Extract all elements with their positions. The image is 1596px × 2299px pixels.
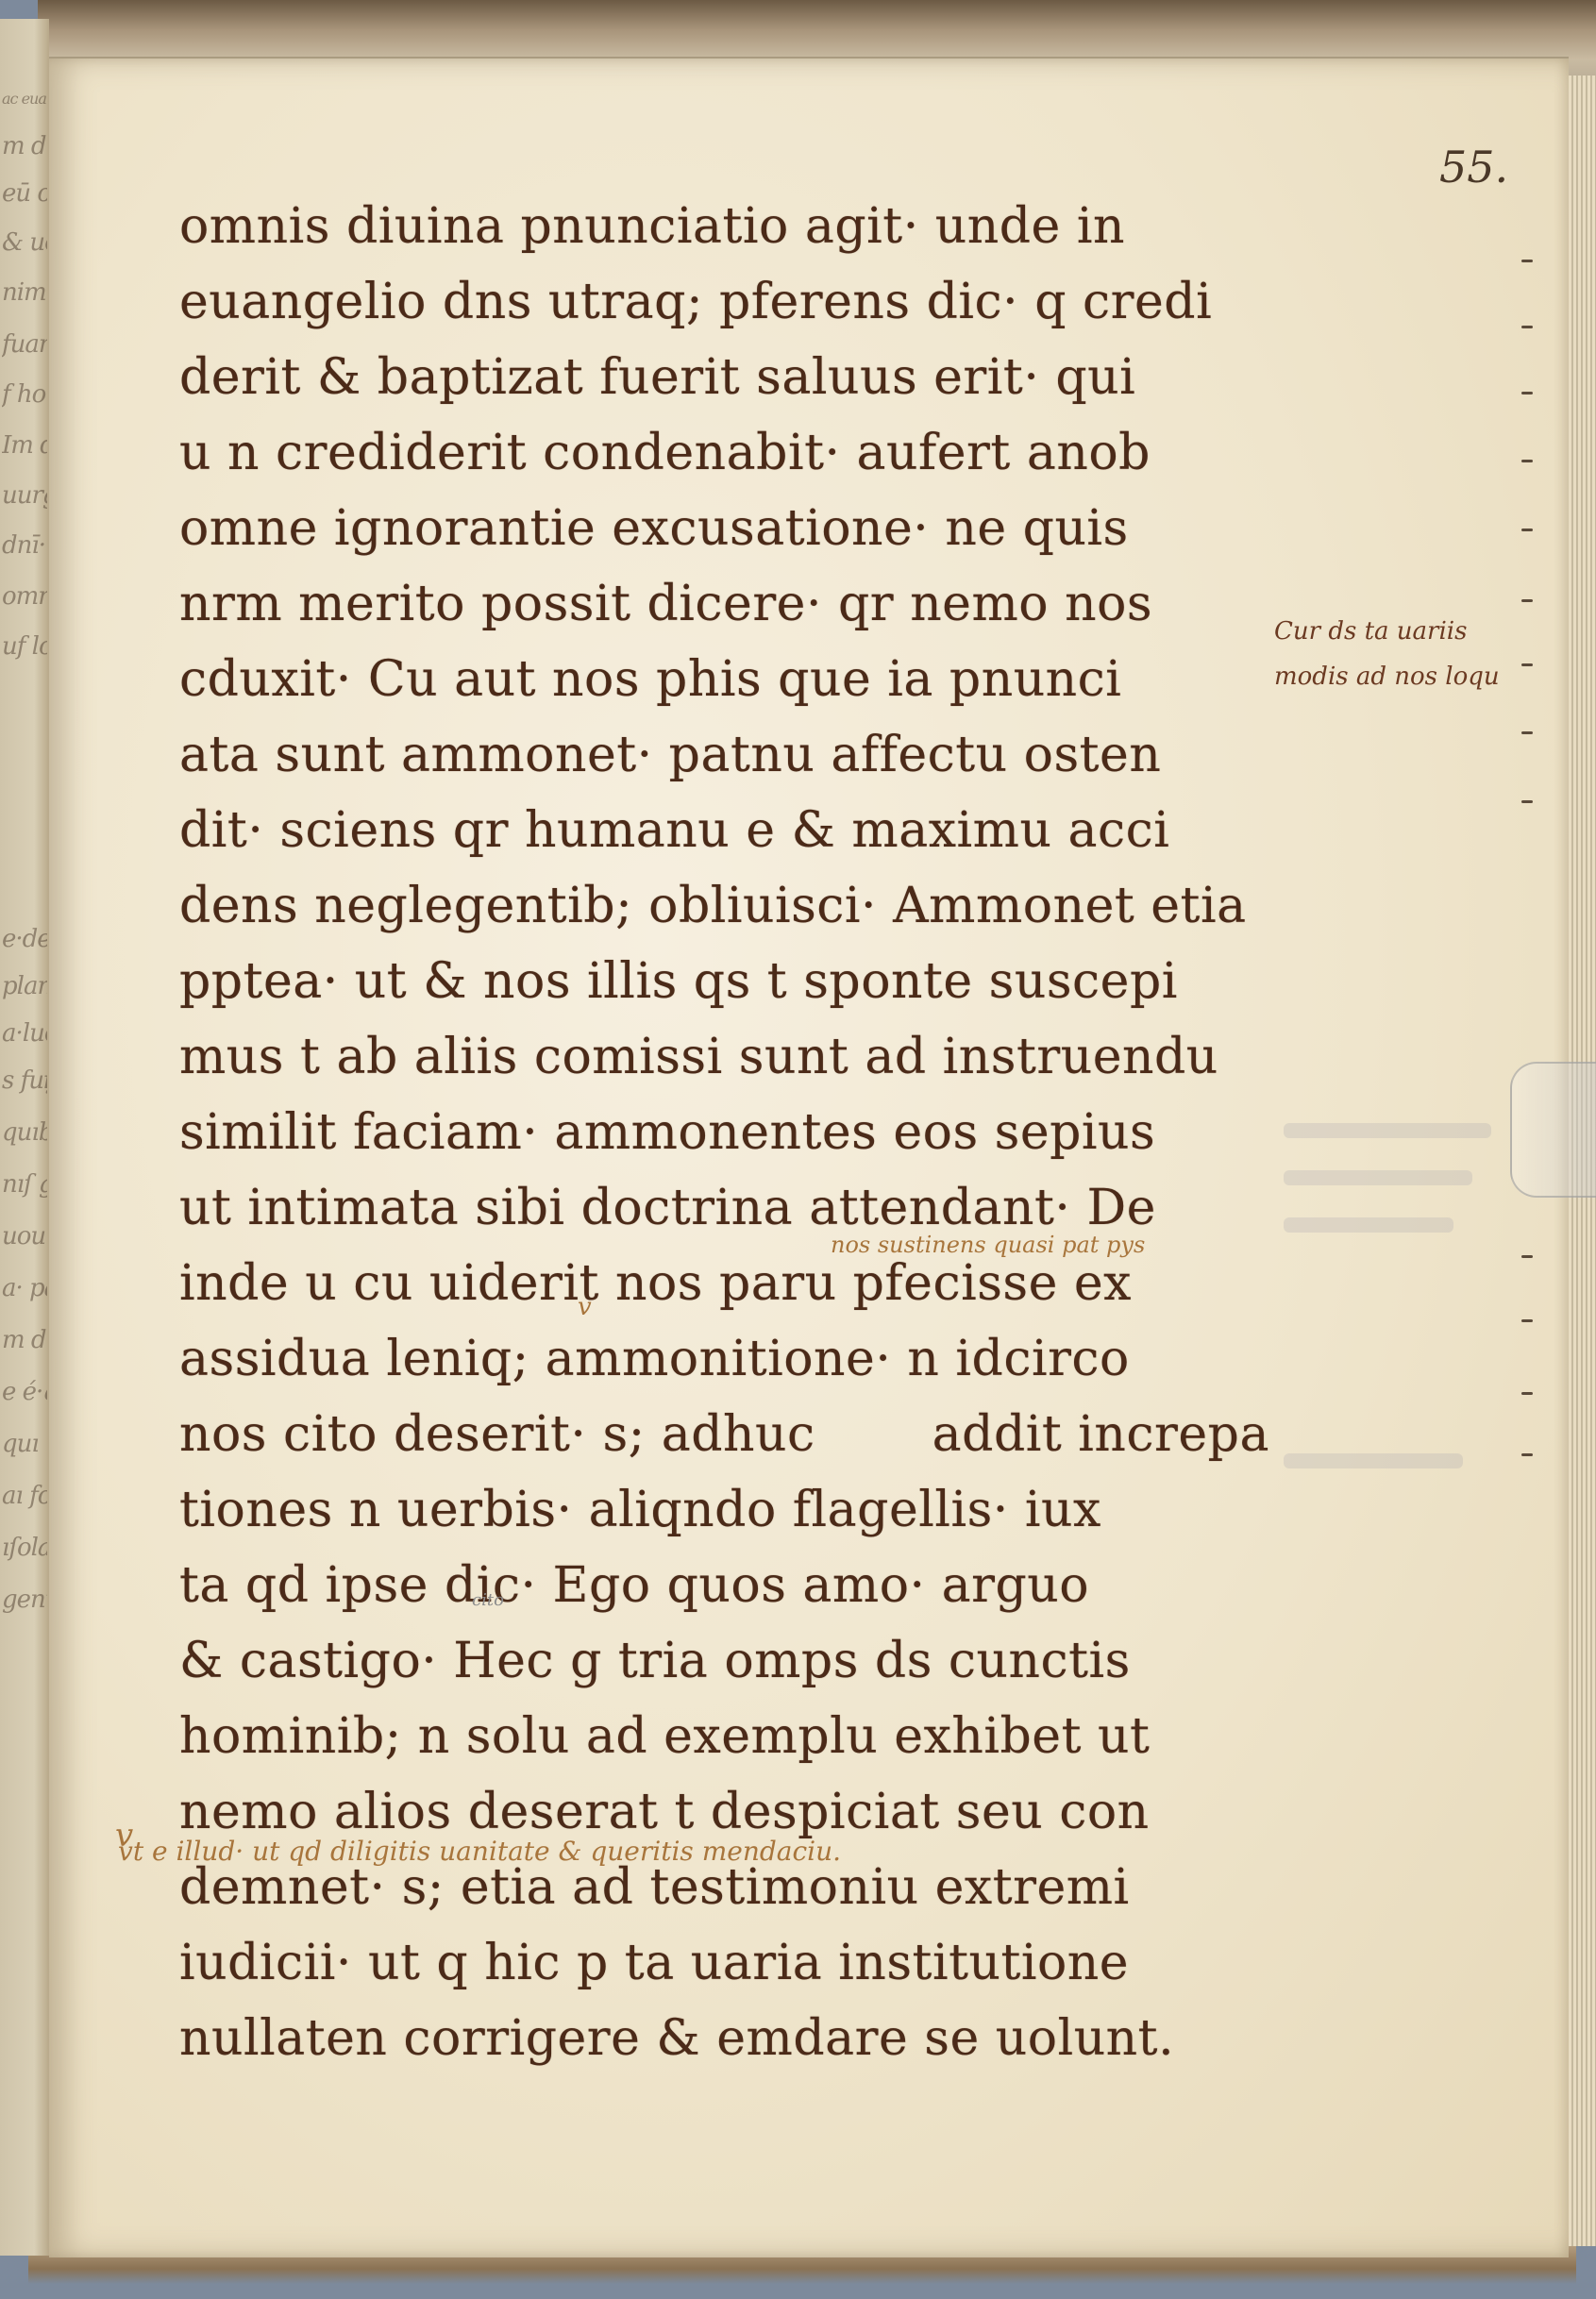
pricking-mark xyxy=(1521,326,1533,328)
folio-number: 55. xyxy=(1439,142,1508,193)
pricking-mark xyxy=(1521,260,1533,262)
show-through-text xyxy=(1284,1170,1472,1185)
text-line-continuation: addit increpa xyxy=(932,1406,1269,1463)
facing-fragment: f hom xyxy=(2,380,47,409)
facing-fragment: uurgu xyxy=(2,481,47,510)
show-through-text xyxy=(1284,1217,1453,1233)
pricking-mark xyxy=(1521,529,1533,531)
facing-fragment: uouı xyxy=(2,1222,47,1250)
facing-fragment: e é·q xyxy=(2,1378,47,1406)
margin-gloss-line: Cur ds ta uariis xyxy=(1274,609,1500,654)
pricking-mark xyxy=(1521,663,1533,666)
facing-fragment: s fuij xyxy=(2,1066,47,1095)
pricking-mark xyxy=(1521,731,1533,734)
text-line: dens neglegentib; obliuisci· Ammonet eti… xyxy=(179,868,1255,944)
facing-fragment: eū omī xyxy=(2,179,47,208)
interlinear-gloss: nos sustinens quasi pat pys xyxy=(831,1232,1145,1258)
text-line: ta qd ipse dic· Ego quos amo· arguo xyxy=(179,1548,1255,1623)
facing-fragment: omnı xyxy=(2,582,47,611)
facing-fragment: nim qu xyxy=(2,278,47,307)
facing-fragment: quı xyxy=(2,1430,47,1458)
pricking-mark xyxy=(1521,1255,1533,1258)
facing-fragment: Im dō xyxy=(2,431,47,460)
pricking-mark xyxy=(1521,1453,1533,1456)
text-line: pptea· ut & nos illis qs t sponte suscep… xyxy=(179,944,1255,1019)
facing-fragment: m dnī lo xyxy=(2,132,47,160)
facing-fragment: ıſola xyxy=(2,1534,47,1562)
facing-fragment: a·luc xyxy=(2,1019,47,1048)
text-line: assidua leniq; ammonitione· n idcirco xyxy=(179,1321,1255,1397)
main-text-block: omnis diuina pnunciatio agit· unde in eu… xyxy=(179,189,1255,2076)
facing-fragment: & uerū xyxy=(2,228,47,257)
text-line: ata sunt ammonet· patnu affectu osten xyxy=(179,717,1255,793)
facing-fragment: fuam xyxy=(2,330,47,359)
facing-page-strip: ac euang tri m dnī lo eū omī & uerū nim … xyxy=(0,19,49,2256)
facing-fragment: e·dei xyxy=(2,925,47,953)
show-through-text xyxy=(1284,1123,1491,1138)
text-line: dit· sciens qr humanu e & maximu acci xyxy=(179,793,1255,868)
pricking-mark xyxy=(1521,1319,1533,1322)
footnote-gloss: vt e illud· ut qd diligitis uanitate & q… xyxy=(118,1836,841,1867)
facing-fragment: plan xyxy=(2,972,47,1000)
text-line: tiones n uerbis· aliqndo flagellis· iux xyxy=(179,1472,1255,1548)
facing-fragment: aı for xyxy=(2,1482,47,1510)
text-line: nrm merito possit dicere· qr nemo nos xyxy=(179,566,1255,642)
text-line: euangelio dns utraq; pferens dic· q cred… xyxy=(179,264,1255,340)
glass-page-clip xyxy=(1510,1062,1596,1198)
text-line: nullaten corrigere & emdare se uolunt. xyxy=(179,2001,1255,2076)
text-line: hominib; n solu ad exemplu exhibet ut xyxy=(179,1699,1255,1774)
text-line: nos cito deserit· s; adhuc addit increpa xyxy=(179,1397,1255,1472)
text-line: mus t ab aliis comissi sunt ad instruend… xyxy=(179,1019,1255,1095)
text-line: cduxit· Cu aut nos phis que ia pnunci xyxy=(179,642,1255,717)
pricking-mark xyxy=(1521,392,1533,394)
text-line: omnis diuina pnunciatio agit· unde in xyxy=(179,189,1255,264)
facing-fragment: quıbu xyxy=(2,1118,47,1147)
interlinear-gloss: cito xyxy=(472,1590,504,1610)
facing-fragment: uf loc xyxy=(2,632,47,661)
text-line-part: nos cito deserit· s; adhuc xyxy=(179,1406,815,1463)
facing-fragment: a· par xyxy=(2,1274,47,1302)
facing-fragment: genu xyxy=(2,1586,47,1614)
text-line: iudicii· ut q hic p ta uaria institution… xyxy=(179,1925,1255,2001)
text-line: similit faciam· ammonentes eos sepius xyxy=(179,1095,1255,1170)
facing-fragment: ac euang tri xyxy=(2,90,47,108)
margin-gloss: Cur ds ta uariis modis ad nos loqu xyxy=(1274,609,1500,699)
facing-fragment: m dır xyxy=(2,1326,47,1354)
insertion-mark-icon: v xyxy=(578,1293,592,1321)
facing-fragment: dnī· q xyxy=(2,531,47,560)
text-line: & castigo· Hec g tria omps ds cunctis xyxy=(179,1623,1255,1699)
pricking-mark xyxy=(1521,599,1533,602)
margin-gloss-line: modis ad nos loqu xyxy=(1274,654,1500,699)
facing-fragment: nıſ g xyxy=(2,1170,47,1199)
show-through-text xyxy=(1284,1453,1463,1468)
pricking-mark xyxy=(1521,800,1533,803)
text-line: omne ignorantie excusatione· ne quis xyxy=(179,491,1255,566)
pricking-mark xyxy=(1521,460,1533,462)
pricking-mark xyxy=(1521,1392,1533,1395)
text-line: derit & baptizat fuerit saluus erit· qui xyxy=(179,340,1255,415)
text-line: u n crediderit condenabit· aufert anob xyxy=(179,415,1255,491)
